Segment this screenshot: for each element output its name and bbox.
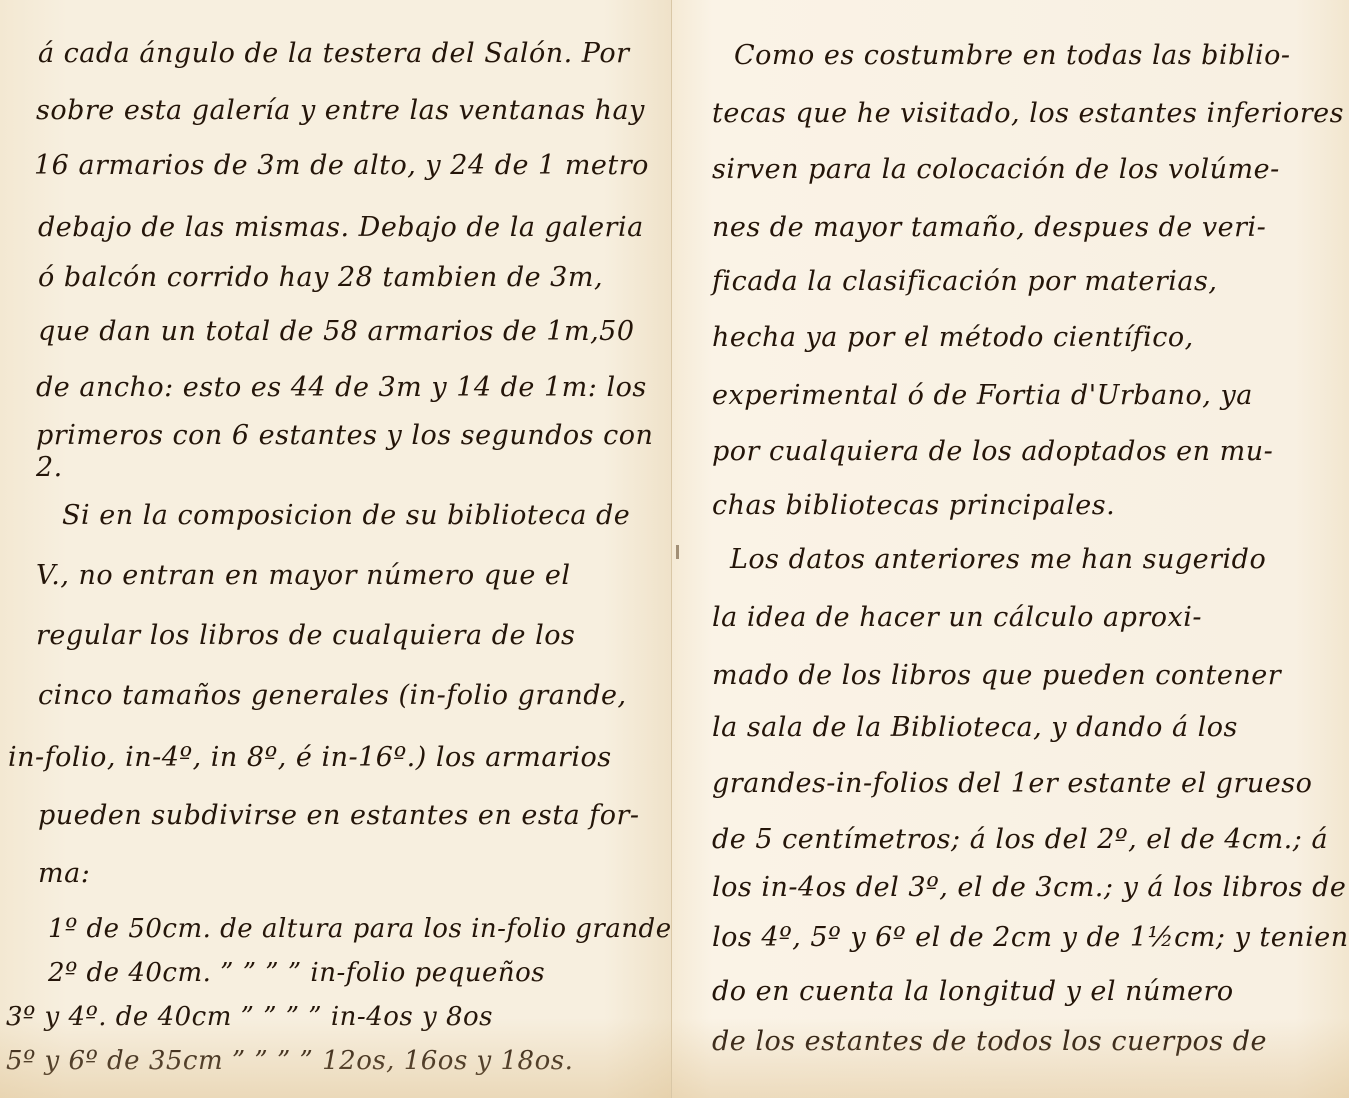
text-line: ma: xyxy=(38,858,90,889)
margin-mark xyxy=(676,545,679,559)
text-line: ó balcón corrido hay 28 tambien de 3m, xyxy=(38,262,603,293)
text-line: pueden subdivirse en estantes en esta fo… xyxy=(38,800,640,831)
text-line: nes de mayor tamaño, despues de veri- xyxy=(712,212,1266,243)
text-line: la idea de hacer un cálculo aproxi- xyxy=(712,602,1202,633)
text-line: experimental ó de Fortia d'Urbano, ya xyxy=(712,380,1253,411)
text-line: la sala de la Biblioteca, y dando á los xyxy=(712,712,1238,743)
shelf-list-item: 5º y 6º de 35cm ” ” ” ” 12os, 16os y 18o… xyxy=(6,1046,573,1076)
paragraph-start: Los datos anteriores me han sugerido xyxy=(730,544,1266,575)
text-line: sirven para la colocación de los volúme- xyxy=(712,154,1280,185)
text-line: in-folio, in-4º, in 8º, é in-16º.) los a… xyxy=(8,742,612,773)
paragraph-start: Como es costumbre en todas las biblio- xyxy=(734,40,1291,71)
manuscript-spread: á cada ángulo de la testera del Salón. P… xyxy=(0,0,1349,1098)
text-line: sobre esta galería y entre las ventanas … xyxy=(36,95,645,126)
text-line: de los estantes de todos los cuerpos de xyxy=(712,1026,1267,1057)
shelf-list-item: 3º y 4º. de 40cm ” ” ” ” in-4os y 8os xyxy=(6,1002,493,1032)
text-line: primeros con 6 estantes y los segundos c… xyxy=(36,420,653,451)
text-line: cinco tamaños generales (in-folio grande… xyxy=(38,680,627,711)
shelf-list-item: 1º de 50cm. de altura para los in-folio … xyxy=(48,914,672,944)
text-line: do en cuenta la longitud y el número xyxy=(712,976,1234,1007)
text-line: chas bibliotecas principales. xyxy=(712,490,1115,521)
paragraph-start: Si en la composicion de su biblioteca de xyxy=(62,500,630,531)
text-line: los 4º, 5º y 6º el de 2cm y de 1½cm; y t… xyxy=(712,922,1349,953)
text-line: 16 armarios de 3m de alto, y 24 de 1 met… xyxy=(34,150,649,181)
left-page: á cada ángulo de la testera del Salón. P… xyxy=(0,0,672,1098)
text-line: hecha ya por el método científico, xyxy=(712,322,1194,353)
text-line: que dan un total de 58 armarios de 1m,50 xyxy=(38,316,635,347)
text-line: regular los libros de cualquiera de los xyxy=(36,620,575,651)
text-line: de 5 centímetros; á los del 2º, el de 4c… xyxy=(712,824,1328,855)
text-line: ficada la clasificación por materias, xyxy=(712,266,1217,297)
text-line: V., no entran en mayor número que el xyxy=(36,560,571,591)
text-line: mado de los libros que pueden contener xyxy=(712,660,1281,691)
text-line: á cada ángulo de la testera del Salón. P… xyxy=(38,38,630,69)
text-line: los in-4os del 3º, el de 3cm.; y á los l… xyxy=(712,872,1346,903)
text-line: 2. xyxy=(36,452,63,483)
text-line: debajo de las mismas. Debajo de la galer… xyxy=(38,212,644,243)
text-line: por cualquiera de los adoptados en mu- xyxy=(712,436,1273,467)
right-page: Como es costumbre en todas las biblio- t… xyxy=(672,0,1349,1098)
text-line: de ancho: esto es 44 de 3m y 14 de 1m: l… xyxy=(36,372,647,403)
text-line: tecas que he visitado, los estantes infe… xyxy=(712,98,1344,129)
text-line: grandes-in-folios del 1er estante el gru… xyxy=(712,768,1312,799)
shelf-list-item: 2º de 40cm. ” ” ” ” in-folio pequeños xyxy=(48,958,545,988)
